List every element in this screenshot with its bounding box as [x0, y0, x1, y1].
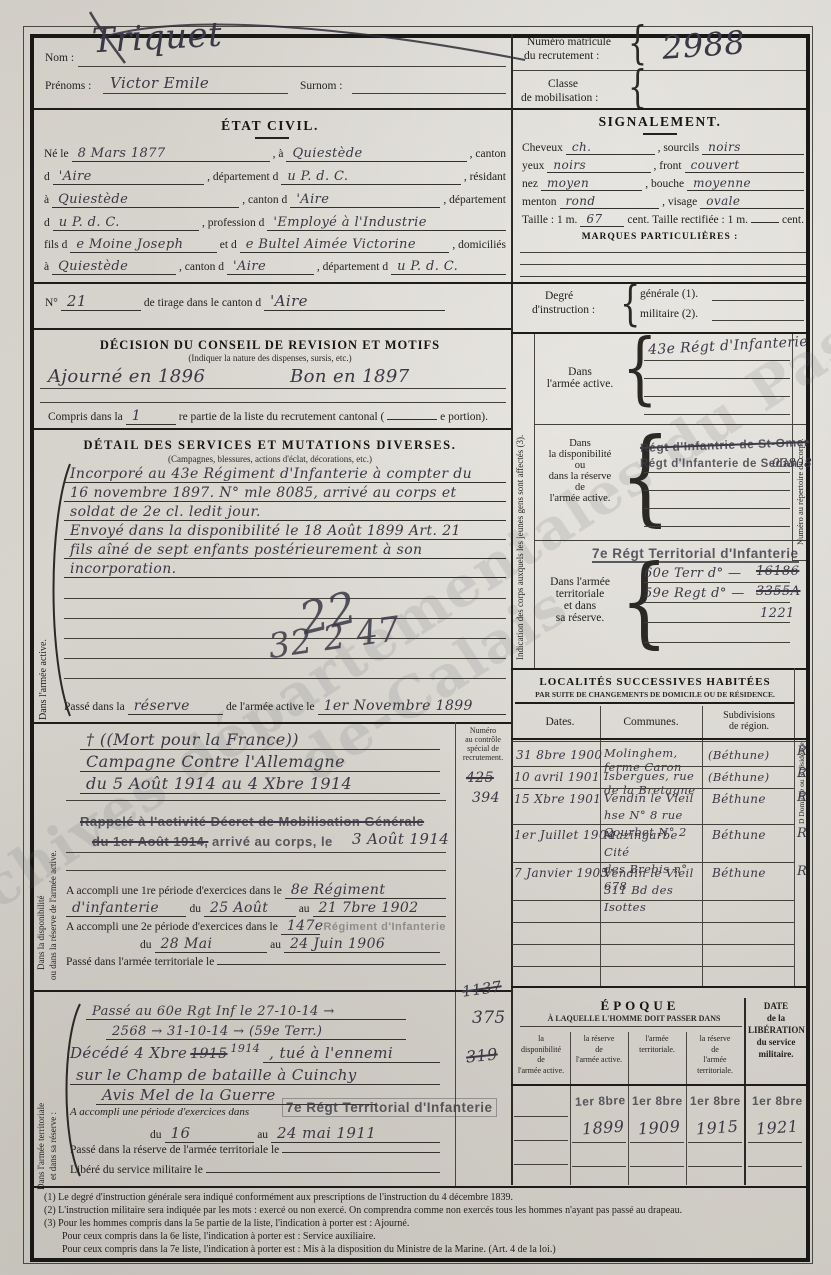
corps-terr-row1-text: 60e Terr d° —	[644, 566, 741, 581]
domicilies-label: , domiciliés	[452, 239, 506, 251]
nom-label: Nom :	[45, 52, 74, 64]
terr-periode-stamp: 7e Régt Territorial d'Infanterie	[282, 1098, 497, 1117]
localite-row-dr: R	[797, 826, 807, 841]
residant-label: , résidant	[464, 171, 506, 183]
matricule-value: 2988	[661, 23, 746, 67]
yeux-label: yeux	[522, 160, 544, 172]
etat-civil-line-4: d u P. d. C. , profession d 'Employé à l…	[44, 215, 506, 231]
periode1-label: A accompli une 1re période d'exercices d…	[66, 885, 271, 897]
localite-row-subdiv: (Béthune)	[708, 748, 769, 762]
decision-value-2: Bon en 1897	[290, 366, 410, 387]
localite-row-date: 31 8bre 1900	[516, 748, 602, 762]
localites-col-communes: Communes.	[608, 716, 694, 728]
classe-label-line1: Classe	[548, 78, 578, 90]
tirage-number-value: 21	[61, 292, 141, 311]
footnote-1: (1) Le degré d'instruction générale sera…	[44, 1192, 800, 1203]
libere-label: Libéré du service militaire le	[70, 1164, 203, 1176]
front-label: , front	[654, 160, 682, 172]
decede-year-corrected: 1914	[231, 1042, 261, 1055]
decision-value-1: Ajourné en 1896	[48, 366, 205, 387]
services-line-1: Incorporé au 43e Régiment d'Infanterie à…	[64, 466, 506, 483]
localite-row-subdiv: Béthune	[712, 866, 766, 880]
libere-line: Libéré du service militaire le	[70, 1164, 440, 1176]
yeux-value: noirs	[547, 158, 650, 173]
epoque-date-header: DATE de la LIBÉRATION du service militai…	[748, 1000, 804, 1060]
matricule-label-line1: Numéro matricule	[527, 36, 611, 48]
le-label: le	[274, 885, 282, 897]
visage-value: ovale	[700, 194, 804, 209]
corps-terr-row1-num: 16186	[756, 564, 799, 579]
signalement-row-1: Cheveux ch. , sourcils noirs	[522, 140, 804, 155]
rappele-stamp-line2b: arrivé au corps, le	[212, 834, 333, 849]
surnom-label: Surnom :	[300, 80, 343, 92]
periode2-au-value: 24 Juin 1906	[284, 936, 440, 953]
taille-value: 67	[580, 212, 624, 227]
canton-d-label: , canton d	[179, 261, 224, 273]
periode1-regiment-value: 8e Régiment	[285, 882, 446, 899]
sourcils-value: noirs	[702, 140, 804, 155]
services-entry: soldat de 2e cl. ledit jour.	[64, 504, 506, 521]
terr-decede-line: Décédé 4 Xbre 1915 1914 , tué à l'ennemi	[70, 1044, 440, 1063]
dispo-margin-label-2: ou dans la réserve de l'armée active.	[48, 740, 58, 980]
terr-hand-line-2: 2568 → 31-10-14 → (59e Terr.)	[106, 1024, 406, 1040]
degre-generale-label: générale (1).	[640, 288, 698, 300]
passe-reserve-date-value: 1er Novembre 1899	[318, 698, 506, 715]
terr-periode-au-value: 24 mai 1911	[271, 1124, 440, 1143]
epoque-subtitle: À LAQUELLE L'HOMME DOIT PASSER DANS	[524, 1014, 744, 1023]
passe-territoriale-blank	[217, 964, 446, 965]
corps-terr-row3-num: 1221	[760, 606, 795, 621]
localite-row-date: 1er Juillet 1904	[514, 828, 615, 842]
epoque-title: ÉPOQUE	[540, 998, 740, 1014]
menton-label: menton	[522, 196, 557, 208]
signalement-row-3: nez moyen , bouche moyenne	[522, 176, 804, 191]
epoque-date-stamp: 1er 8bre	[752, 1094, 803, 1108]
residence-value: Quiestède	[52, 192, 239, 208]
epoque-col4-year: 1915	[695, 1117, 739, 1139]
footnote-5: Pour ceux compris dans la 7e liste, l'in…	[62, 1244, 802, 1255]
numero-label: N°	[45, 297, 58, 309]
localite-row-dr: R	[797, 766, 807, 781]
nez-label: nez	[522, 178, 538, 190]
sourcils-label: , sourcils	[658, 142, 700, 154]
corps-active-label: Dans l'armée active.	[537, 366, 623, 390]
epoque-col4-stamp: 1er 8bre	[690, 1094, 741, 1108]
parents-departement-value: u P. d. C.	[391, 259, 506, 275]
decision-title: DÉCISION DU CONSEIL DE REVISION ET MOTIF…	[60, 338, 480, 353]
campagne-dates-value: du 5 Août 1914 au 4 Xbre 1914	[80, 774, 440, 794]
tirage-canton-value: 'Aire	[264, 292, 445, 311]
corps-left-vertical-label: Indication des corps auxquels les jeunes…	[515, 350, 525, 660]
corps-dispo-number: 03808	[772, 456, 812, 470]
departement-label: , département d	[207, 171, 278, 183]
tirage-label: de tirage dans le canton d	[144, 297, 261, 309]
terr-periode-du-value: 16	[165, 1124, 255, 1143]
services-line-3: soldat de 2e cl. ledit jour.	[64, 504, 506, 521]
periode2-line2: du 28 Mai au 24 Juin 1906	[140, 936, 440, 953]
compris-label-3: e portion).	[440, 411, 488, 423]
corps-active-brace-icon: {	[622, 323, 658, 414]
periode1-line1: A accompli une 1re période d'exercices d…	[66, 882, 446, 899]
compris-line: Compris dans la 1 re partie de la liste …	[48, 408, 488, 425]
services-entry: Envoyé dans la disponibilité le 18 Août …	[64, 523, 506, 540]
periode2-line1: A accompli une 2e période d'exercices da…	[66, 918, 446, 935]
residence-canton-value: 'Aire	[290, 192, 440, 208]
epoque-col3-stamp: 1er 8bre	[632, 1094, 683, 1108]
ne-le-label: Né le	[44, 148, 69, 160]
services-title: DÉTAIL DES SERVICES ET MUTATIONS DIVERSE…	[70, 438, 470, 453]
du-label: du	[150, 1129, 162, 1141]
campagne-line: Campagne Contre l'Allemagne	[80, 752, 440, 772]
periode2-regiment-stamp: Régiment d'Infanterie	[323, 921, 446, 933]
decision-subtitle: (Indiquer la nature des dispenses, sursi…	[60, 353, 480, 363]
mort-pour-la-france-value: † ((Mort pour la France))	[80, 730, 440, 750]
visage-label: , visage	[662, 196, 697, 208]
libere-blank	[206, 1172, 440, 1173]
birth-departement-value: u P. d. C.	[281, 169, 460, 185]
rappele-stamp-line1: Rappelé à l'activité Décret de Mobilisat…	[80, 814, 424, 829]
taille-rectifiee-blank	[751, 222, 779, 223]
taille-rectifiee-label: cent. Taille rectifiée : 1 m.	[627, 214, 748, 226]
a-label: , à	[273, 148, 284, 160]
periode2-label: A accompli une 2e période d'exercices da…	[66, 921, 278, 933]
signalement-taille-row: Taille : 1 m. 67 cent. Taille rectifiée …	[522, 212, 804, 227]
periode2-regiment-value: 147e	[281, 918, 321, 935]
campagne-dates-line: du 5 Août 1914 au 4 Xbre 1914	[80, 774, 440, 794]
periode1-arme-value: d'infanterie	[66, 900, 186, 917]
bouche-label: , bouche	[645, 178, 684, 190]
du-label: du	[189, 903, 201, 915]
classe-brace-icon: {	[628, 61, 647, 114]
signalement-title: SIGNALEMENT.	[560, 114, 760, 130]
localites-col-subdivisions: Subdivisions de région.	[706, 710, 792, 732]
prenoms-value: Victor Emile	[110, 74, 209, 92]
localite-row-subdiv: Béthune	[712, 792, 766, 806]
champ-bataille-value: sur le Champ de bataille à Cuinchy	[70, 1066, 440, 1085]
taille-label: Taille : 1 m.	[522, 214, 577, 226]
margin-number-2: 319	[465, 1044, 499, 1066]
nom-value: Triquet	[91, 15, 223, 62]
terr-periode-line2: du 16 au 24 mai 1911	[150, 1124, 440, 1143]
localite-row-date: 10 avril 1901	[514, 770, 600, 784]
et-de-label: et d	[220, 239, 237, 251]
services-line-5: fils aîné de sept enfants postérieuremen…	[64, 542, 506, 559]
footnote-4: Pour ceux compris dans la 6e liste, l'in…	[62, 1231, 802, 1242]
degre-label-line2: d'instruction :	[532, 304, 595, 316]
d-label: d	[44, 171, 50, 183]
periode1-line2: d'infanterie du 25 Août au 21 7bre 1902	[66, 900, 446, 917]
au-label: au	[299, 903, 310, 915]
profession-label: , profession d	[202, 217, 264, 229]
footnote-2: (2) L'instruction militaire sera indiqué…	[44, 1205, 800, 1216]
localite-row-dr: R	[797, 864, 807, 879]
du-label: du	[140, 939, 152, 951]
compris-partie-value: 1	[126, 408, 176, 425]
corps-dispo-label: Dans la disponibilité ou dans la réserve…	[537, 438, 623, 504]
mort-pour-la-france-line: † ((Mort pour la France))	[80, 730, 440, 750]
signalement-row-4: menton rond , visage ovale	[522, 194, 804, 209]
corps-terr-label: Dans l'armée territoriale et dans sa rés…	[537, 576, 623, 624]
etat-civil-line-3: à Quiestède , canton d 'Aire , départeme…	[44, 192, 506, 208]
localite-row-subdiv: (Béthune)	[708, 770, 769, 784]
departement-label: , département	[443, 194, 506, 206]
corps-terr-row2-text: 59e Regt d° —	[644, 586, 745, 601]
controle-special-header: Numéro au contrôle spécial de recrutemen…	[458, 726, 508, 762]
front-value: couvert	[685, 158, 804, 173]
passe-reserve-value: réserve	[128, 698, 223, 715]
birth-canton-value: 'Aire	[53, 169, 204, 185]
campagne-value: Campagne Contre l'Allemagne	[80, 752, 440, 772]
localite-row-commune: Vendin le Vieil 311 Bd des Isottes	[604, 865, 700, 916]
terr-periode-line1: A accompli une période d'exercices dans	[70, 1106, 270, 1118]
localite-row-date: 7 Janvier 1905	[514, 866, 609, 880]
passe-reserve-terr-line: Passé dans la réserve de l'armée territo…	[70, 1144, 440, 1156]
cheveux-value: ch.	[566, 140, 655, 155]
controle-old-number: 425	[466, 770, 494, 786]
tirage-line: N° 21 de tirage dans le canton d 'Aire	[45, 292, 445, 311]
marques-label: MARQUES PARTICULIÈRES :	[540, 232, 780, 242]
corps-dispo-brace-icon: {	[620, 416, 671, 537]
profession-value: 'Employé à l'Industrie	[267, 215, 506, 231]
canton-d-label: , canton d	[242, 194, 287, 206]
epoque-col2-stamp: 1er 8bre	[575, 1093, 626, 1109]
passe-dans-la-label: Passé dans la	[64, 701, 125, 713]
passe-reserve-terr-blank	[282, 1152, 440, 1153]
periode1-du-value: 25 Août	[204, 900, 296, 917]
armee-active-le-label: de l'armée active le	[226, 701, 315, 713]
etat-civil-title-rule	[255, 137, 289, 139]
bouche-value: moyenne	[687, 176, 804, 191]
footnote-3: (3) Pour les hommes compris dans la 5e p…	[44, 1218, 800, 1229]
nez-value: moyen	[541, 176, 642, 191]
terr-mutation-2: 2568 → 31-10-14 → (59e Terr.)	[106, 1024, 406, 1040]
degre-label-line1: Degré	[545, 290, 573, 302]
localites-subtitle: PAR SUITE DE CHANGEMENTS DE DOMICILE OU …	[520, 690, 790, 699]
birth-place-value: Quiestède	[286, 146, 466, 162]
localite-row-dr: R	[797, 790, 807, 805]
epoque-col2-year: 1899	[581, 1117, 625, 1139]
services-line-4: Envoyé dans la disponibilité le 18 Août …	[64, 523, 506, 540]
matricule-label-line2: du recrutement :	[524, 50, 599, 62]
scanned-military-record: Archives départementales du Pas-de-Calai…	[0, 0, 831, 1275]
mother-name-value: e Bultel Aimée Victorine	[240, 237, 450, 253]
decede-year-struck: 1915	[190, 1046, 227, 1062]
periode1-au-value: 21 7bre 1902	[313, 900, 446, 917]
parents-canton-value: 'Aire	[227, 259, 314, 275]
parents-domicile-value: Quiestède	[52, 259, 176, 275]
birth-date-value: 8 Mars 1877	[72, 146, 270, 162]
epoque-col3-header: l'armée territoriale.	[629, 1034, 685, 1055]
decede-detail: , tué à l'ennemi	[263, 1044, 440, 1063]
margin-number-1: 375	[472, 1008, 506, 1028]
degre-militaire-label: militaire (2).	[640, 308, 698, 320]
periode2-du-value: 28 Mai	[155, 936, 268, 953]
prenoms-label: Prénoms :	[45, 80, 91, 92]
rappele-stamp-line2a: du 1er Août 1914,	[92, 834, 208, 849]
compris-portion-blank	[387, 419, 437, 420]
epoque-date-year: 1921	[755, 1117, 799, 1139]
etat-civil-line-2: d 'Aire , département d u P. d. C. , rés…	[44, 169, 506, 185]
terr-periode-label: A accompli une période d'exercices dans	[70, 1106, 249, 1118]
epoque-col4-header: la réserve de l'armée territoriale.	[687, 1034, 743, 1076]
signalement-title-rule	[643, 133, 677, 135]
services-entry: incorporation.	[64, 561, 506, 578]
departement-d-label: , département d	[317, 261, 388, 273]
cheveux-label: Cheveux	[522, 142, 563, 154]
canton-label: , canton	[470, 148, 506, 160]
au-label: au	[270, 939, 281, 951]
residence-departement-value: u P. d. C.	[53, 215, 199, 231]
terr-mutation-1: Passé au 60e Rgt Inf le 27-10-14 →	[86, 1004, 406, 1020]
etat-civil-line-1: Né le 8 Mars 1877 , à Quiestède , canton	[44, 146, 506, 162]
epoque-col2-header: la réserve de l'armée active.	[571, 1034, 627, 1066]
signalement-row-2: yeux noirs , front couvert	[522, 158, 804, 173]
terr-hand-line-4: sur le Champ de bataille à Cuinchy	[70, 1066, 440, 1085]
epoque-col1-header: la disponibilité de l'armée active.	[513, 1034, 569, 1076]
etat-civil-line-5: fils d e Moine Joseph et d e Bultel Aimé…	[44, 237, 506, 253]
passe-territoriale-label: Passé dans l'armée territoriale le	[66, 956, 214, 968]
d-label: d	[44, 217, 50, 229]
localite-row-dr: R	[797, 744, 807, 759]
dispo-margin-label-1: Dans la disponibilité	[36, 760, 46, 970]
localites-title: LOCALITÉS SUCCESSIVES HABITÉES	[520, 676, 790, 688]
services-entry: Incorporé au 43e Régiment d'Infanterie à…	[64, 466, 506, 483]
father-name-value: e Moine Joseph	[70, 237, 216, 253]
passe-reserve-terr-label: Passé dans la réserve de l'armée territo…	[70, 1144, 279, 1156]
passe-territoriale-line: Passé dans l'armée territoriale le	[66, 956, 446, 968]
decede-label: Décédé 4 Xbre	[70, 1044, 187, 1062]
localite-row-date: 15 Xbre 1901	[514, 792, 601, 806]
compris-label-1: Compris dans la	[48, 411, 123, 423]
localite-row-subdiv: Béthune	[712, 828, 766, 842]
corps-terr-row2-num: 3355A	[756, 584, 800, 599]
cent-label: cent.	[782, 214, 804, 226]
etat-civil-line-6: à Quiestède , canton d 'Aire , départeme…	[44, 259, 506, 275]
epoque-col3-year: 1909	[637, 1117, 681, 1139]
services-subtitle: (Campagnes, blessures, actions d'éclat, …	[70, 454, 470, 464]
arrive-au-corps-date: 3 Août 1914	[352, 830, 449, 848]
classe-label-line2: de mobilisation :	[521, 92, 598, 104]
services-entry: 16 novembre 1897. N° mle 8085, arrivé au…	[64, 485, 506, 502]
terr-hand-line-1: Passé au 60e Rgt Inf le 27-10-14 →	[86, 1004, 406, 1020]
localites-col-dates: Dates.	[530, 716, 590, 728]
services-entry: fils aîné de sept enfants postérieuremen…	[64, 542, 506, 559]
passe-reserve-line: Passé dans la réserve de l'armée active …	[64, 698, 506, 715]
au-label: au	[257, 1129, 268, 1141]
controle-new-number: 394	[472, 790, 500, 806]
a-label: à	[44, 261, 49, 273]
terr-margin-label-1: Dans l'armée territoriale	[36, 1020, 46, 1190]
etat-civil-title: ÉTAT CIVIL.	[140, 118, 400, 134]
services-line-6: incorporation.	[64, 561, 506, 578]
fils-de-label: fils d	[44, 239, 67, 251]
services-line-2: 16 novembre 1897. N° mle 8085, arrivé au…	[64, 485, 506, 502]
terr-margin-label-2: et dans sa réserve :	[48, 1030, 58, 1180]
menton-value: rond	[560, 194, 660, 209]
a-label: à	[44, 194, 49, 206]
compris-label-2: re partie de la liste du recrutement can…	[179, 411, 385, 423]
